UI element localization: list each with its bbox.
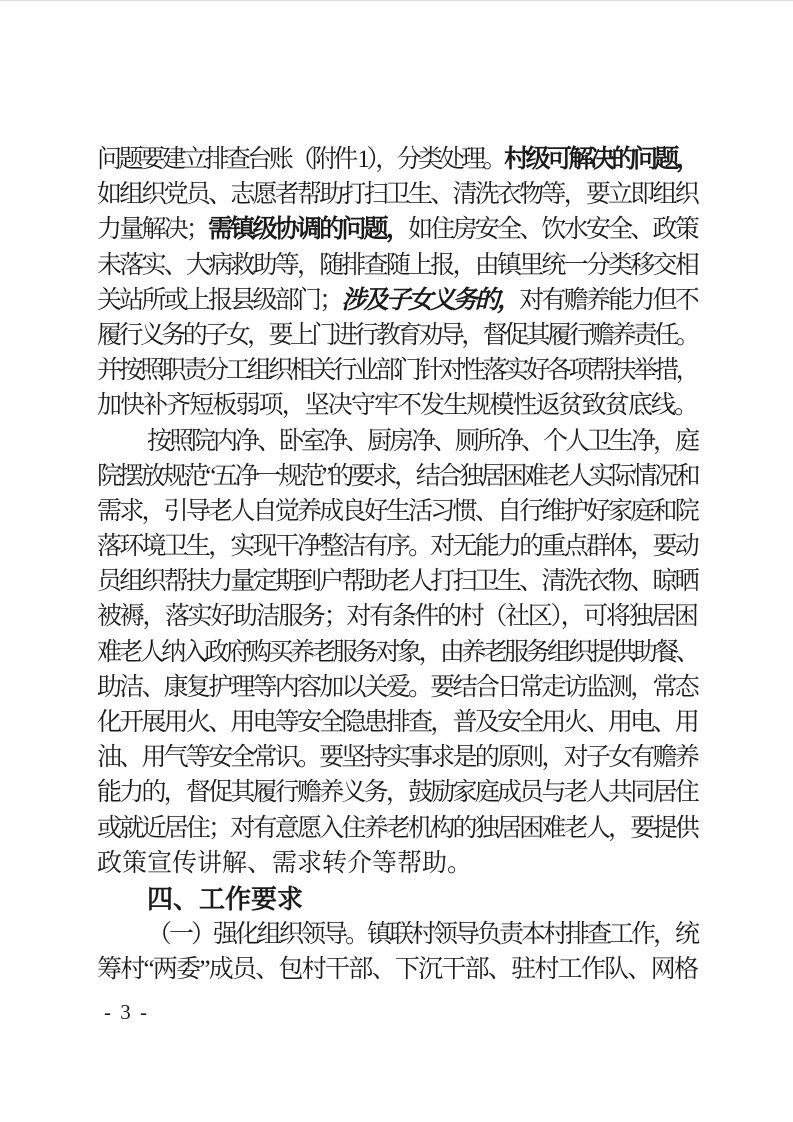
text-line: 院摆放规范“五净一规范”的要求，结合独居困难老人实际情况和 <box>97 459 697 494</box>
text-segment-normal: 院摆放规范“五净一规范”的要求，结合独居困难老人实际情况和 <box>97 463 697 490</box>
text-segment-normal: 能力的，督促其履行赡养义务，鼓励家庭成员与老人共同居住 <box>97 779 697 806</box>
text-line: 履行义务的子女，要上门进行教育劝导，督促其履行赡养责任。 <box>97 318 697 353</box>
text-segment-normal: 需求，引导老人自觉养成良好生活习惯、自行维护好家庭和院 <box>97 498 697 525</box>
text-line: 关站所或上报县级部门；涉及子女义务的，对有赡养能力但不 <box>97 283 697 318</box>
section-heading: 四、工作要求 <box>97 881 697 917</box>
text-segment-normal: 履行义务的子女，要上门进行教育劝导，督促其履行赡养责任。 <box>97 322 697 349</box>
document-page: { "page": { "background": "#ffffff", "in… <box>0 0 793 1122</box>
text-line: 落环境卫生，实现干净整洁有序。对无能力的重点群体，要动 <box>97 529 697 564</box>
text-segment-bold: 需镇级协调的问题， <box>208 215 408 243</box>
text-line: 或就近居住；对有意愿入住养老机构的独居困难老人，要提供 <box>97 811 697 846</box>
text-segment-normal: 难老人纳入政府购买养老服务对象，由养老服务组织提供助餐、 <box>97 639 697 666</box>
text-segment-normal: 被褥，落实好助洁服务；对有条件的村（社区），可将独居困 <box>97 603 697 630</box>
text-segment-normal: 按照院内净、卧室净、厨房净、厕所净、个人卫生净，庭 <box>147 428 697 455</box>
text-segment-normal: 力量解决； <box>97 216 208 243</box>
text-line: 被褥，落实好助洁服务；对有条件的村（社区），可将独居困 <box>97 599 697 634</box>
text-line: 需求，引导老人自觉养成良好生活习惯、自行维护好家庭和院 <box>97 494 697 529</box>
text-segment-bold-italic: 涉及子女义务的， <box>341 286 519 314</box>
text-segment-normal: 落环境卫生，实现干净整洁有序。对无能力的重点群体，要动 <box>97 533 697 560</box>
text-segment-normal: 未落实、大病救助等，随排查随上报，由镇里统一分类移交相 <box>97 252 697 279</box>
text-segment-normal: 并按照职责分工组织相关行业部门针对性落实好各项帮扶举措， <box>97 357 697 384</box>
text-segment-normal: 关站所或上报县级部门； <box>97 287 341 314</box>
text-line: 助洁、康复护理等内容加以关爱。要结合日常走访监测，常态 <box>97 670 697 705</box>
text-line: （一）强化组织领导。镇联村领导负责本村排查工作，统 <box>97 917 697 952</box>
text-line: 未落实、大病救助等，随排查随上报，由镇里统一分类移交相 <box>97 248 697 283</box>
text-line: 并按照职责分工组织相关行业部门针对性落实好各项帮扶举措， <box>97 353 697 388</box>
text-line: 员组织帮扶力量定期到户帮助老人打扫卫生、清洗衣物、晾晒 <box>97 564 697 599</box>
text-line: 如组织党员、志愿者帮助打扫卫生、清洗衣物等，要立即组织 <box>97 177 697 212</box>
text-line: 难老人纳入政府购买养老服务对象，由养老服务组织提供助餐、 <box>97 635 697 670</box>
text-line: 筹村“两委”成员、包村干部、下沉干部、驻村工作队、网格 <box>97 952 697 987</box>
text-line: 能力的，督促其履行赡养义务，鼓励家庭成员与老人共同居住 <box>97 775 697 810</box>
text-line: 政策宣传讲解、需求转介等帮助。 <box>97 846 697 881</box>
text-segment-normal: 政策宣传讲解、需求转介等帮助。 <box>97 850 472 877</box>
text-segment-normal: 员组织帮扶力量定期到户帮助老人打扫卫生、清洗衣物、晾晒 <box>97 568 697 595</box>
text-segment-normal: 问题要建立排查台账（附件 1），分类处理。 <box>97 146 504 173</box>
text-segment-heading: 四、工作要求 <box>147 884 303 914</box>
text-segment-bold: 村级可解决的问题， <box>504 145 697 173</box>
text-line: 问题要建立排查台账（附件 1），分类处理。村级可解决的问题， <box>97 142 697 177</box>
text-segment-normal: 或就近居住；对有意愿入住养老机构的独居困难老人，要提供 <box>97 815 697 842</box>
text-line: 力量解决；需镇级协调的问题，如住房安全、饮水安全、政策 <box>97 212 697 247</box>
scan-edge-line <box>0 0 793 1</box>
text-segment-normal: 筹村“两委”成员、包村干部、下沉干部、驻村工作队、网格 <box>97 956 697 983</box>
text-segment-normal: 如住房安全、饮水安全、政策 <box>408 216 697 243</box>
text-segment-normal: 如组织党员、志愿者帮助打扫卫生、清洗衣物等，要立即组织 <box>97 181 697 208</box>
text-segment-normal: 加快补齐短板弱项，坚决守牢不发生规模性返贫致贫底线。 <box>97 392 697 419</box>
text-line: 加快补齐短板弱项，坚决守牢不发生规模性返贫致贫底线。 <box>97 388 697 423</box>
text-line: 按照院内净、卧室净、厨房净、厕所净、个人卫生净，庭 <box>97 424 697 459</box>
text-segment-normal: 助洁、康复护理等内容加以关爱。要结合日常走访监测，常态 <box>97 674 697 701</box>
text-segment-normal: 对有赡养能力但不 <box>519 287 697 314</box>
text-segment-normal: 化开展用火、用电等安全隐患排查，普及安全用火、用电、用 <box>97 709 697 736</box>
text-segment-normal: 油、用气等安全常识。要坚持实事求是的原则，对子女有赡养 <box>97 744 697 771</box>
document-body: 问题要建立排查台账（附件 1），分类处理。村级可解决的问题，如组织党员、志愿者帮… <box>97 142 697 987</box>
text-line: 化开展用火、用电等安全隐患排查，普及安全用火、用电、用 <box>97 705 697 740</box>
text-line: 油、用气等安全常识。要坚持实事求是的原则，对子女有赡养 <box>97 740 697 775</box>
text-segment-normal: （一）强化组织领导。镇联村领导负责本村排查工作，统 <box>147 921 697 948</box>
page-number: - 3 - <box>104 1000 149 1025</box>
